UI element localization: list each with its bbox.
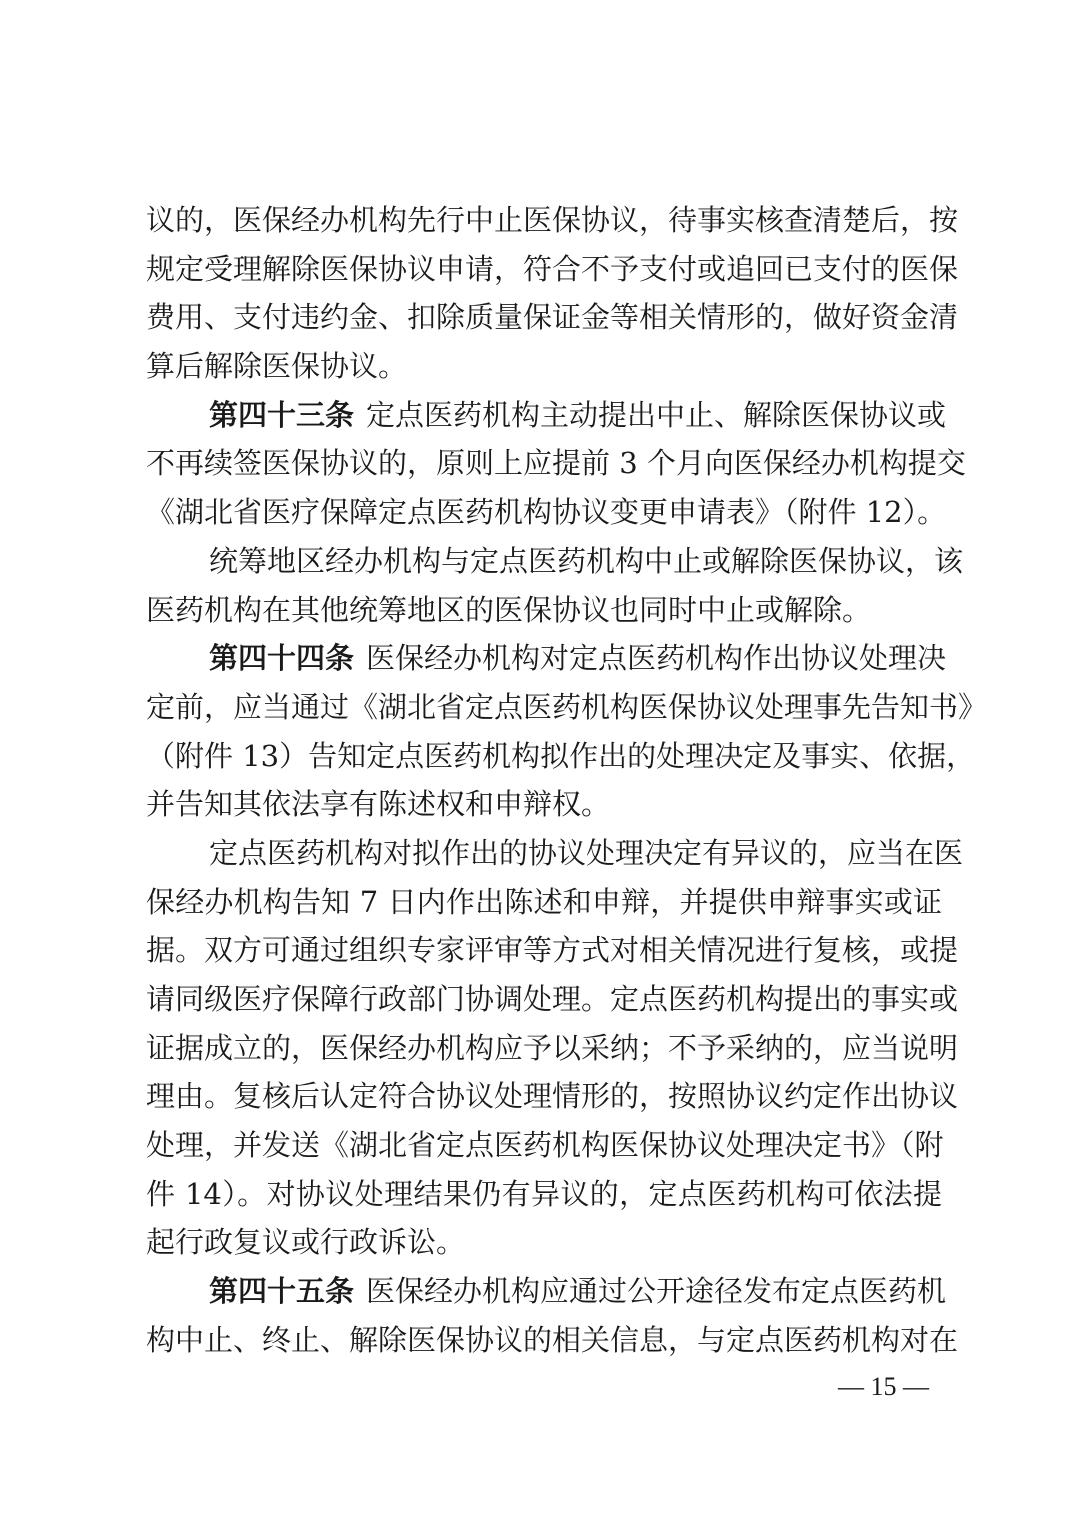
text-line: 《湖北省医疗保障定点医药机构协议变更申请表》（附件 12）。	[146, 488, 942, 537]
text-line: 第四十五条医保经办机构应通过公开途径发布定点医药机	[146, 1267, 942, 1316]
text-line: （附件 13）告知定点医药机构拟作出的处理决定及事实、依据，	[146, 732, 942, 781]
article-44: 第四十四条医保经办机构对定点医药机构作出协议处理决 定前，应当通过《湖北省定点医…	[146, 634, 942, 829]
text-line: 统筹地区经办机构与定点医药机构中止或解除医保协议，该	[146, 537, 942, 586]
text-line: 规定受理解除医保协议申请，符合不予支付或追回已支付的医保	[146, 245, 942, 294]
text-line: 第四十三条定点医药机构主动提出中止、解除医保协议或	[146, 391, 942, 440]
text-line: 请同级医疗保障行政部门协调处理。定点医药机构提出的事实或	[146, 975, 942, 1024]
article-43: 第四十三条定点医药机构主动提出中止、解除医保协议或 不再续签医保协议的，原则上应…	[146, 391, 942, 537]
paragraph-objection: 定点医药机构对拟作出的协议处理决定有异议的，应当在医 保经办机构告知 7 日内作…	[146, 829, 942, 1267]
article-45: 第四十五条医保经办机构应通过公开途径发布定点医药机 构中止、终止、解除医保协议的…	[146, 1267, 942, 1364]
article-text: 医保经办机构对定点医药机构作出协议处理决	[366, 641, 946, 675]
text-line: 算后解除医保协议。	[146, 342, 942, 391]
article-number: 第四十四条	[209, 641, 354, 675]
text-line: 第四十四条医保经办机构对定点医药机构作出协议处理决	[146, 634, 942, 683]
document-page: 议的，医保经办机构先行中止医保协议，待事实核查清楚后，按 规定受理解除医保协议申…	[146, 196, 942, 1365]
text-line: 医药机构在其他统筹地区的医保协议也同时中止或解除。	[146, 586, 942, 635]
text-line: 构中止、终止、解除医保协议的相关信息，与定点医药机构对在	[146, 1316, 942, 1365]
text-line: 起行政复议或行政诉讼。	[146, 1218, 942, 1267]
text-line: 处理，并发送《湖北省定点医药机构医保协议处理决定书》（附	[146, 1121, 942, 1170]
text-line: 件 14）。对协议处理结果仍有异议的，定点医药机构可依法提	[146, 1170, 942, 1219]
text-line: 议的，医保经办机构先行中止医保协议，待事实核查清楚后，按	[146, 196, 942, 245]
text-line: 并告知其依法享有陈述权和申辩权。	[146, 780, 942, 829]
article-text: 定点医药机构主动提出中止、解除医保协议或	[366, 398, 946, 432]
page-number: — 15 —	[838, 1372, 929, 1402]
paragraph-coordination: 统筹地区经办机构与定点医药机构中止或解除医保协议，该 医药机构在其他统筹地区的医…	[146, 537, 942, 634]
text-line: 不再续签医保协议的，原则上应提前 3 个月向医保经办机构提交	[146, 439, 942, 488]
text-line: 据。双方可通过组织专家评审等方式对相关情况进行复核，或提	[146, 926, 942, 975]
text-line: 理由。复核后认定符合协议处理情形的，按照协议约定作出协议	[146, 1072, 942, 1121]
text-line: 保经办机构告知 7 日内作出陈述和申辩，并提供申辩事实或证	[146, 878, 942, 927]
text-line: 定点医药机构对拟作出的协议处理决定有异议的，应当在医	[146, 829, 942, 878]
article-number: 第四十五条	[209, 1274, 354, 1308]
paragraph-continuation: 议的，医保经办机构先行中止医保协议，待事实核查清楚后，按 规定受理解除医保协议申…	[146, 196, 942, 391]
article-text: 医保经办机构应通过公开途径发布定点医药机	[366, 1274, 946, 1308]
text-line: 定前，应当通过《湖北省定点医药机构医保协议处理事先告知书》	[146, 683, 942, 732]
text-line: 费用、支付违约金、扣除质量保证金等相关情形的，做好资金清	[146, 293, 942, 342]
text-line: 证据成立的，医保经办机构应予以采纳；不予采纳的，应当说明	[146, 1024, 942, 1073]
article-number: 第四十三条	[209, 398, 354, 432]
